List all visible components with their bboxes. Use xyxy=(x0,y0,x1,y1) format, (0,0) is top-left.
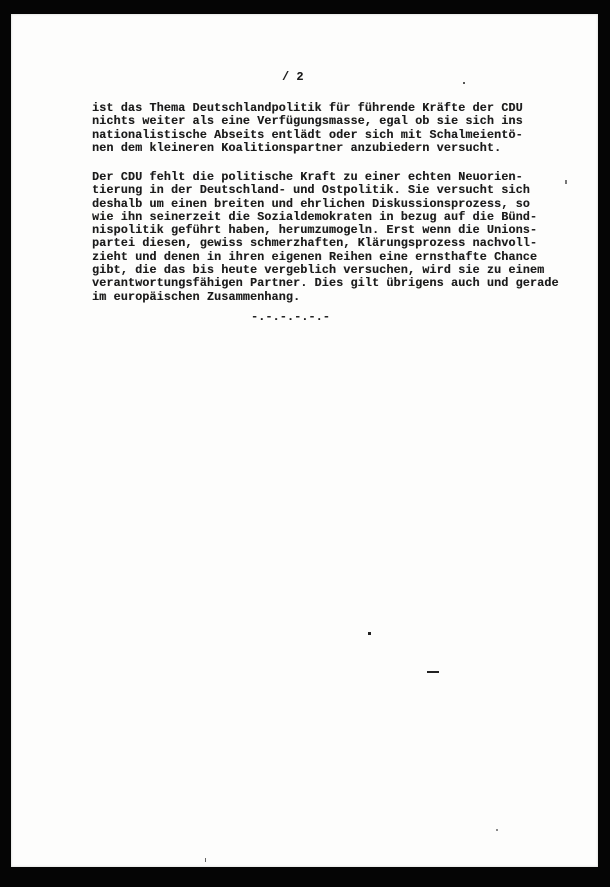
section-separator: -.-.-.-.-.- xyxy=(251,311,330,324)
scanned-document-screenshot: { "document": { "page_number": "/ 2", "p… xyxy=(0,0,610,887)
paragraph-1: ist das Thema Deutschlandpolitik für füh… xyxy=(92,102,572,155)
scan-speck xyxy=(205,858,206,862)
paragraph-2: Der CDU fehlt die politische Kraft zu ei… xyxy=(92,171,582,304)
page-number: / 2 xyxy=(282,71,304,84)
scan-speck xyxy=(368,632,371,635)
scan-dash-artifact xyxy=(427,671,439,673)
scan-speck xyxy=(496,829,498,831)
scan-speck xyxy=(565,180,567,184)
scan-speck xyxy=(463,82,465,84)
document-page: / 2 ist das Thema Deutschlandpolitik für… xyxy=(11,14,598,867)
